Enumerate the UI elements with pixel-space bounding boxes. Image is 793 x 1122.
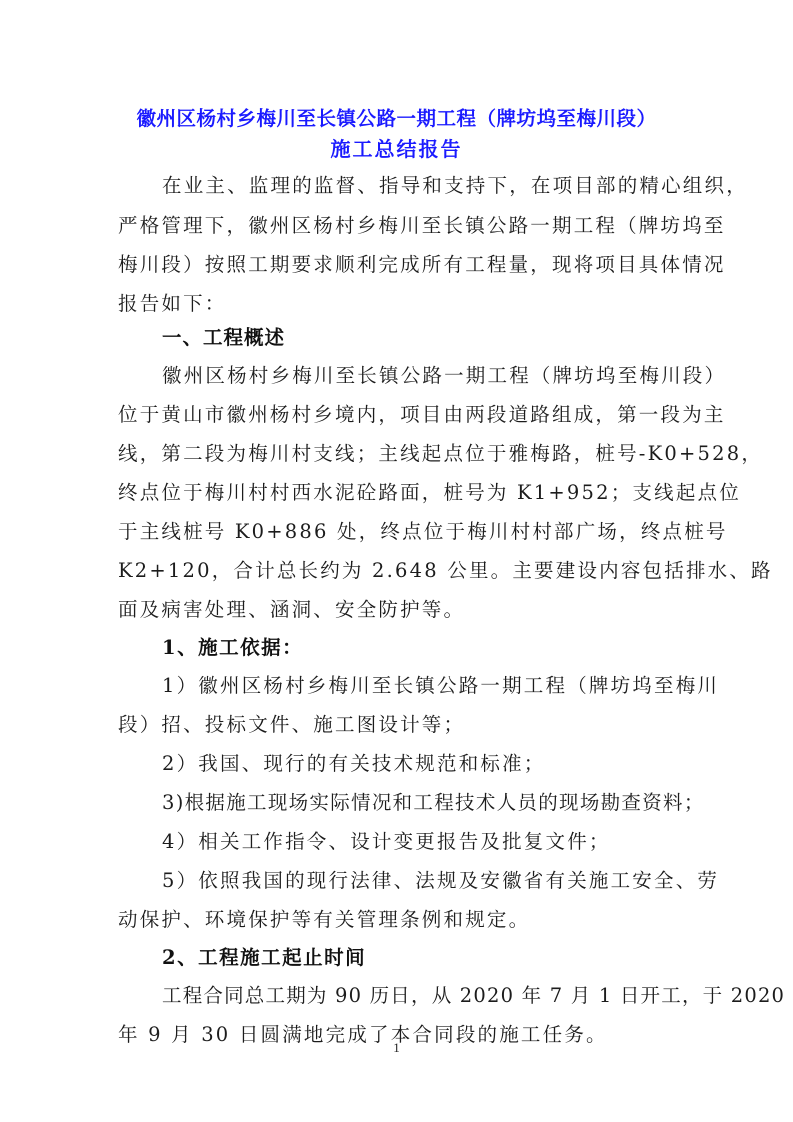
- intro-line: 梅川段）按照工期要求顺利完成所有工程量，现将项目具体情况: [118, 249, 698, 277]
- document-title: 徽州区杨村乡梅川至长镇公路一期工程（牌坊坞至梅川段）: [0, 103, 793, 131]
- section-heading-overview: 一、工程概述: [162, 322, 742, 350]
- overview-line: 徽州区杨村乡梅川至长镇公路一期工程（牌坊坞至梅川段）: [162, 360, 742, 388]
- basis-item: 动保护、环境保护等有关管理条例和规定。: [118, 904, 698, 932]
- basis-item: 4）相关工作指令、设计变更报告及批复文件；: [162, 826, 742, 854]
- overview-line: 面及病害处理、涵洞、安全防护等。: [118, 594, 698, 622]
- page-number: 1: [0, 1040, 793, 1056]
- intro-line: 在业主、监理的监督、指导和支持下，在项目部的精心组织，: [162, 170, 742, 198]
- subsection-heading-basis: 1、施工依据：: [162, 632, 742, 660]
- document-page: 徽州区杨村乡梅川至长镇公路一期工程（牌坊坞至梅川段） 施工总结报告 在业主、监理…: [0, 0, 793, 1122]
- basis-item: 5）依照我国的现行法律、法规及安徽省有关施工安全、劳: [162, 865, 742, 893]
- overview-line: 于主线桩号 K0+886 处，终点位于梅川村村部广场，终点桩号: [118, 516, 698, 544]
- overview-line: K2+120，合计总长约为 2.648 公里。主要建设内容包括排水、路: [118, 555, 698, 583]
- basis-item: 段）招、投标文件、施工图设计等；: [118, 709, 698, 737]
- overview-line: 终点位于梅川村村西水泥砼路面，桩号为 K1+952；支线起点位: [118, 477, 698, 505]
- overview-line: 位于黄山市徽州杨村乡境内，项目由两段道路组成，第一段为主: [118, 399, 698, 427]
- document-subtitle: 施工总结报告: [0, 133, 793, 162]
- subsection-heading-schedule: 2、工程施工起止时间: [162, 942, 742, 970]
- basis-item: 1）徽州区杨村乡梅川至长镇公路一期工程（牌坊坞至梅川: [162, 670, 742, 698]
- basis-item: 2）我国、现行的有关技术规范和标准；: [162, 748, 742, 776]
- schedule-line: 工程合同总工期为 90 历日，从 2020 年 7 月 1 日开工，于 2020: [162, 980, 742, 1008]
- overview-line: 线，第二段为梅川村支线；主线起点位于雅梅路，桩号-K0+528，: [118, 438, 698, 466]
- intro-line: 报告如下：: [118, 288, 698, 316]
- basis-item: 3)根据施工现场实际情况和工程技术人员的现场勘查资料；: [162, 787, 742, 815]
- intro-line: 严格管理下，徽州区杨村乡梅川至长镇公路一期工程（牌坊坞至: [118, 210, 698, 238]
